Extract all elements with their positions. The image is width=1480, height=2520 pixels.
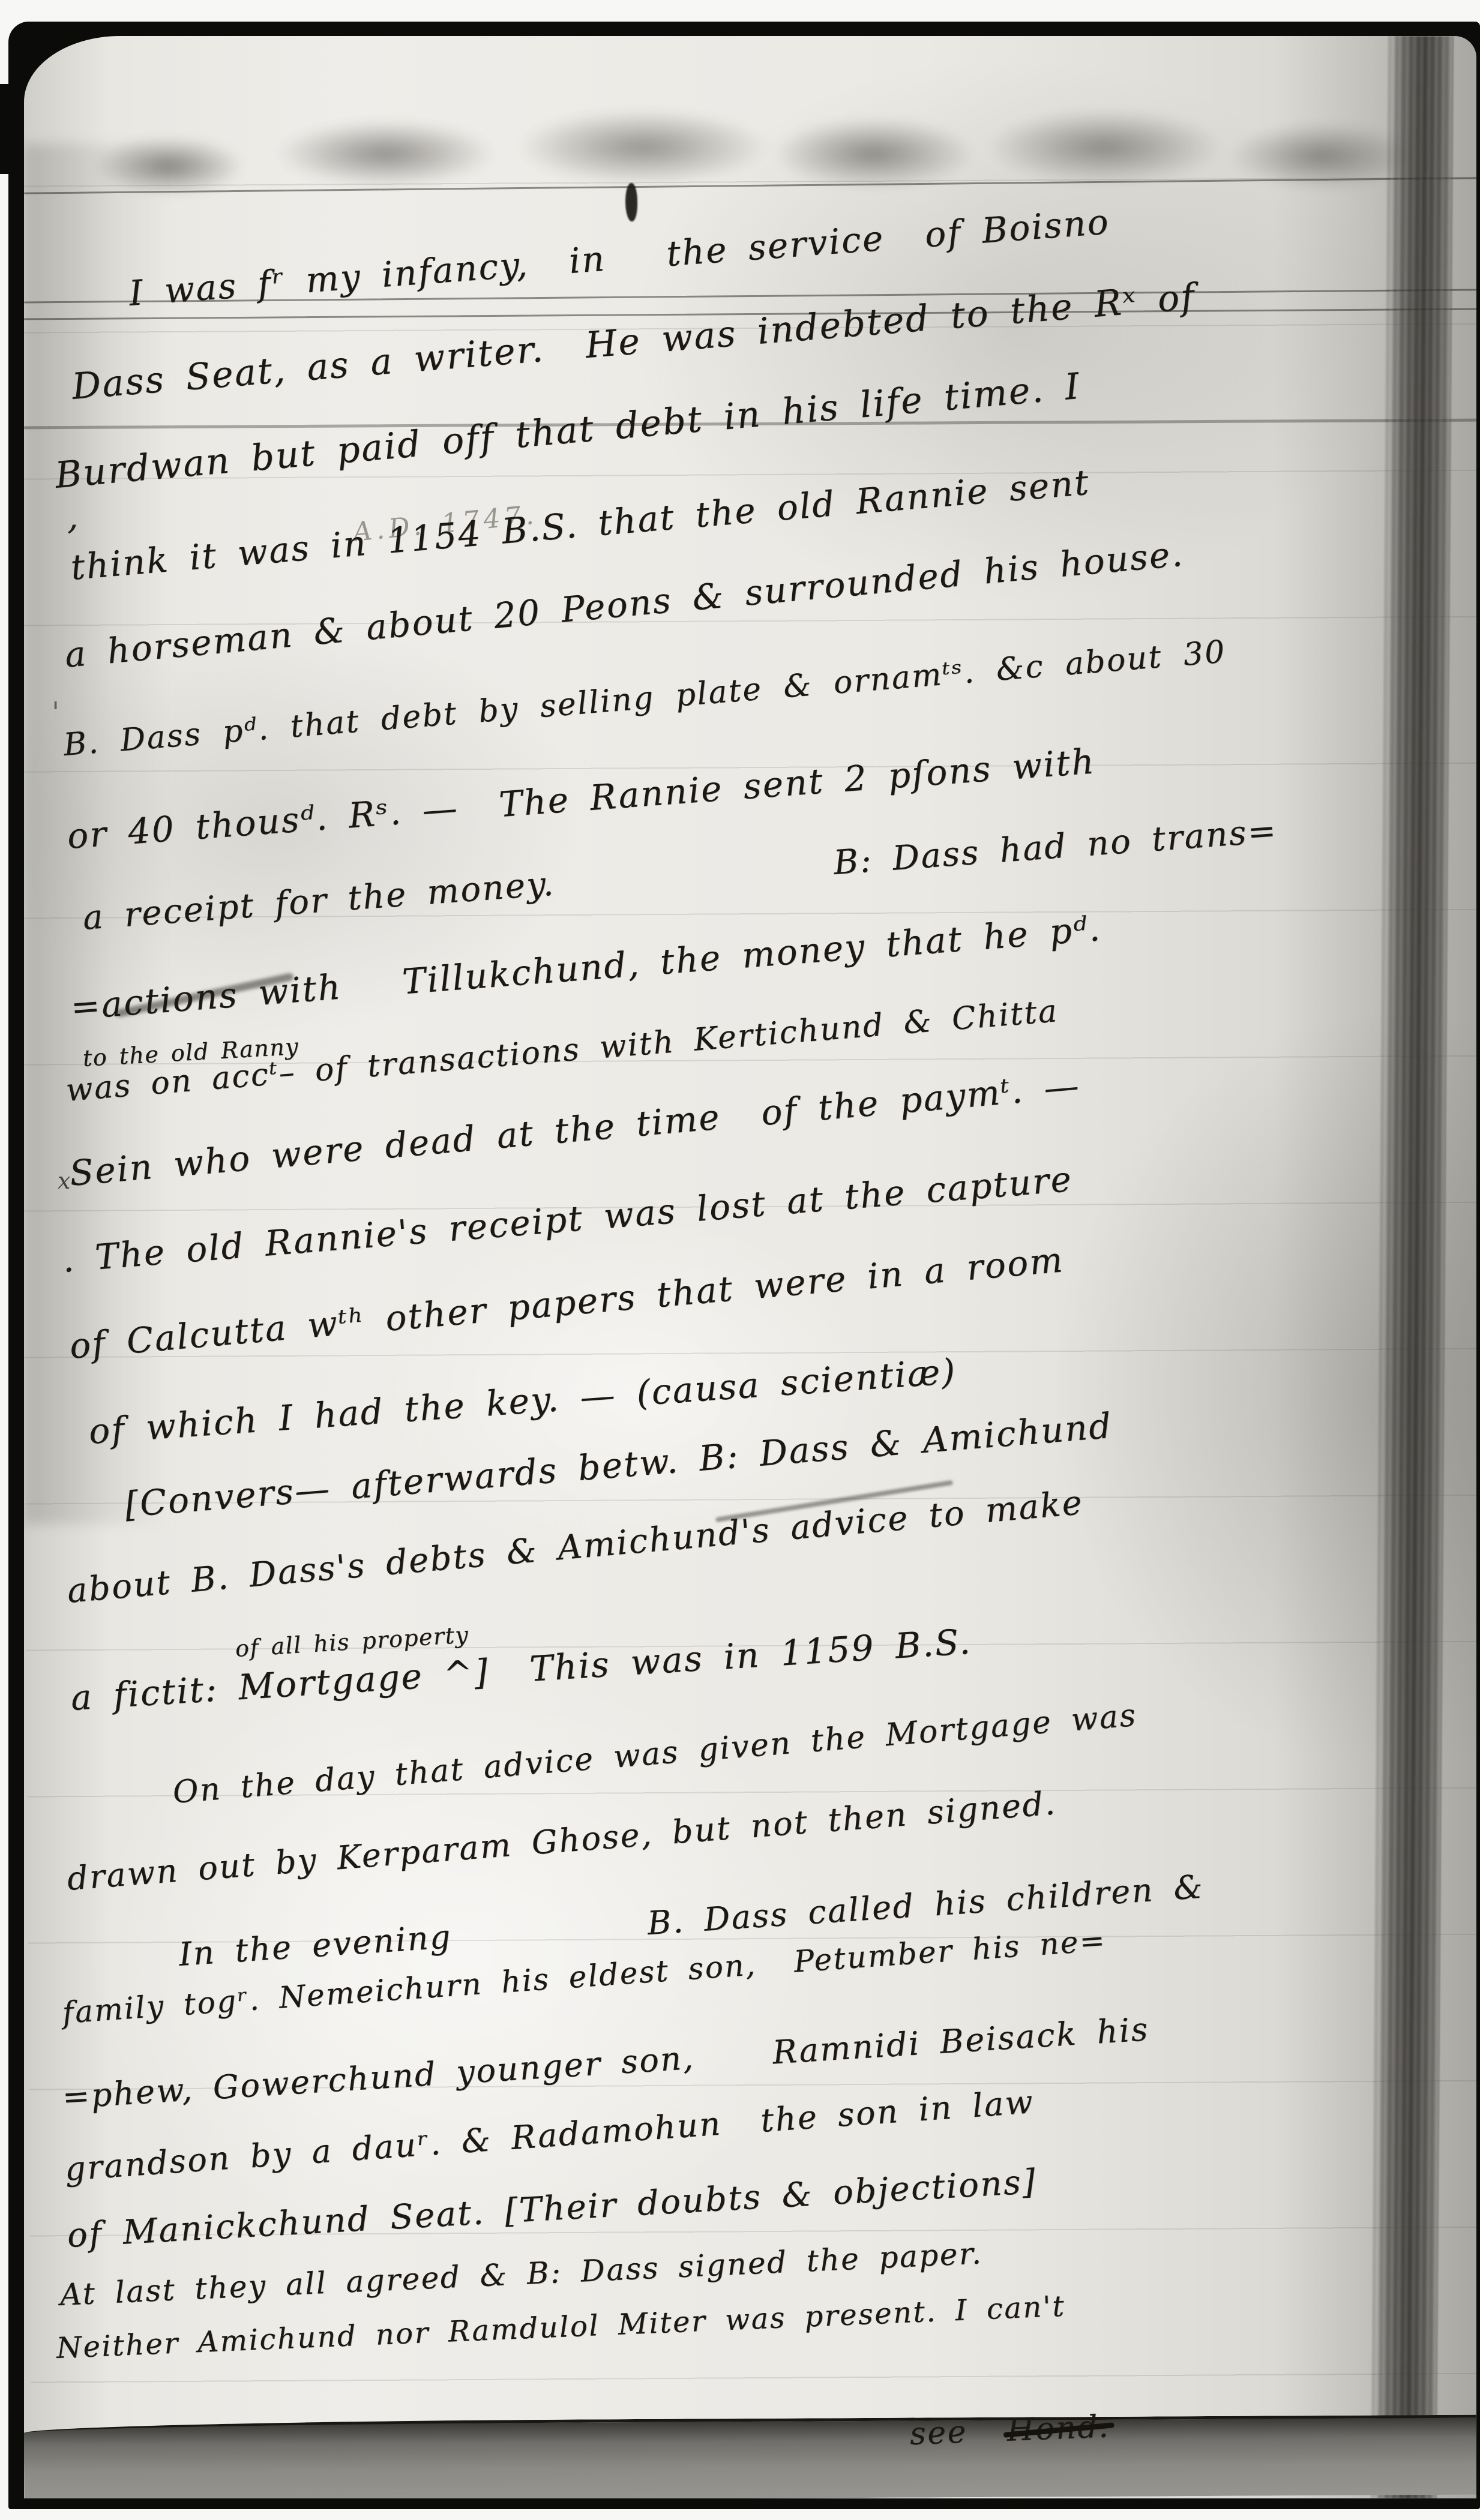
closing-line: seeHond: bbox=[831, 2372, 1113, 2491]
margin-mark: ' bbox=[52, 696, 59, 730]
struck-out-word: Hond: bbox=[1006, 2408, 1112, 2449]
scanned-manuscript-photo: I was fʳ my infancy, in the service of B… bbox=[0, 0, 1480, 2520]
margin-caret: x bbox=[58, 1168, 70, 1194]
margin-mark: , bbox=[67, 496, 79, 538]
closing-word: see bbox=[909, 2414, 968, 2452]
scan-edge-notch bbox=[0, 84, 20, 174]
ink-drip bbox=[625, 183, 637, 221]
page-bottom-shadow bbox=[24, 2415, 1476, 2498]
